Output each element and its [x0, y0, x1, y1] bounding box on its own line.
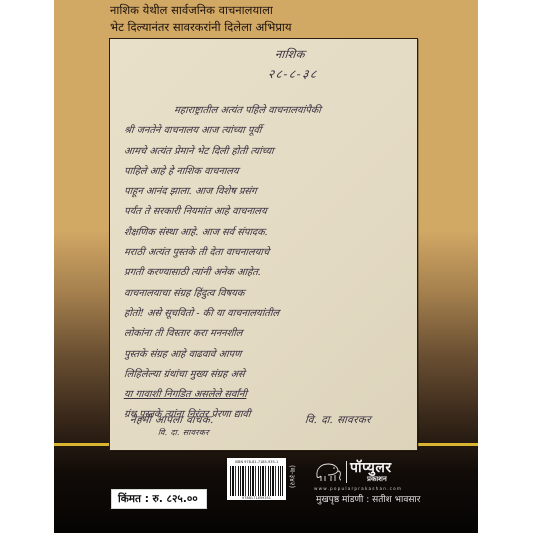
letter-line: प्रगती करण्यासाठी त्यांनी अनेक आहेत.: [123, 263, 410, 283]
letter-line-text: या गावाशी निगडित असलेले सर्वांनी: [123, 389, 247, 400]
letter-signature: वि. दा. सावरकर: [304, 413, 371, 427]
cover-design-credit: मुखपृष्ठ मांडणी : सतीश भावसार: [316, 492, 420, 505]
letter-line: आमचे अत्यंत प्रेमाने भेट दिली होती त्यां…: [123, 142, 410, 162]
barcode-icon: [230, 466, 283, 496]
publisher-url[interactable]: www.popularprakashan.com: [314, 486, 402, 491]
letter-line: होतो! असे सूचवितो - की या वाचनालयांतील: [123, 304, 410, 324]
letter-line: पुस्तके संग्रह आहे वाढवावे आपण: [123, 345, 410, 365]
publisher-subtitle: प्रकाशन: [367, 475, 387, 484]
price-label: किंमत : रु. ८२५.००: [111, 489, 207, 509]
barcode-number: 9788171859351: [230, 496, 283, 500]
letter-line: पाहून आनंद झाला. आज विशेष प्रसंग: [123, 182, 410, 202]
publisher-divider: [346, 461, 347, 483]
letter-date: २८-८-३८: [267, 65, 319, 82]
letter-line: पर्यंत ते सरकारी नियमांत आहे वाचनालय: [123, 202, 410, 222]
letter-line: पाहिले आहे हे नाशिक वाचनालय: [123, 162, 410, 182]
letter-signoff: नेहमी आपला वाचक. वि. दा. सावरकर वि. दा. …: [130, 413, 410, 449]
letter-closing-sub: वि. दा. सावरकर: [157, 427, 209, 438]
letter-closing: नेहमी आपला वाचक.: [129, 413, 214, 427]
letter-line: मराठी अत्यंत पुस्तके ती देता वाचनालयाचे: [123, 243, 410, 263]
elephant-icon: [313, 460, 343, 482]
letter-line: वाचनालयाचा संग्रह हिंदुत्व विषयक: [123, 284, 410, 304]
letter-body: महाराष्ट्रातील अत्यंत पहिले वाचनालयांपैक…: [124, 101, 409, 426]
letter-place: नाशिक: [274, 47, 305, 62]
letter-line: श्री जनतेने वाचनालय आज त्यांच्या पूर्वी: [123, 121, 410, 141]
isbn-text: ISBN 978-81-7185-935-1: [230, 460, 283, 465]
cover-heading-line-2: भेट दिल्यानंतर सावरकरांनी दिलेला अभिप्रा…: [110, 20, 292, 34]
accent-line-left: [54, 443, 110, 446]
letter-line-underlined: या गावाशी निगडित असलेले सर्वांनी: [123, 385, 410, 405]
letter-line: लिहिलेल्या ग्रंथांचा मुख्य संग्रह असे: [123, 365, 410, 385]
cover-heading-line-1: नाशिक येथील सार्वजनिक वाचनालयाला: [110, 3, 273, 17]
handwritten-letter: नाशिक २८-८-३८ महाराष्ट्रातील अत्यंत पहिल…: [109, 38, 418, 451]
isbn-barcode: ISBN 978-81-7185-935-1 9788171859351: [227, 458, 286, 500]
letter-line: महाराष्ट्रातील अत्यंत पहिले वाचनालयांपैक…: [123, 101, 410, 121]
catalog-code: (म-३४२): [287, 465, 297, 501]
letter-line: लोकांना ती विस्तार करा मननशील: [123, 324, 410, 344]
letter-line: शैक्षणिक संस्था आहे. आज सर्व संपादक.: [123, 223, 410, 243]
accent-line-right: [418, 443, 478, 446]
